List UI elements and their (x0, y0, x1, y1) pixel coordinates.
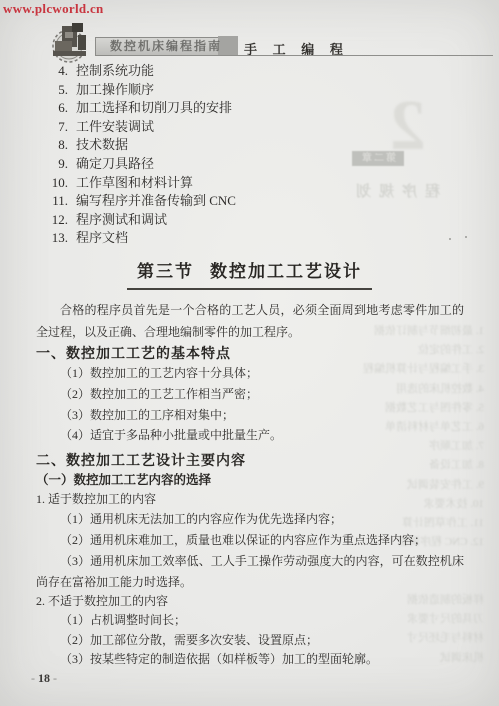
list-item-text: 程序文档 (76, 230, 128, 245)
list-item: 11.编写程序并准备传输到 CNC (46, 192, 236, 211)
list-item-number: 10. (46, 174, 68, 193)
print-speck (449, 238, 451, 240)
bleedthrough-chapter-label: 第二章 (352, 151, 404, 166)
numbered-point: （2）加工部位分散，需要多次安装、设置原点； (36, 631, 464, 650)
list-item: 4.控制系统功能 (46, 62, 236, 81)
numbered-point: （3）通用机床加工效率低、工人手工操作劳动强度大的内容，可在数控机床尚存在富裕加… (36, 551, 464, 593)
series-title-banner: 数控机床编程指南 (95, 37, 237, 56)
list-item: 5.加工操作顺序 (46, 81, 236, 100)
list-item: 7.工件安装调试 (46, 118, 236, 137)
body-text: 合格的程序员首先是一个合格的工艺人员，必须全面周到地考虑零件加工的全过程，以及正… (36, 299, 464, 669)
numbered-point: （2）通用机床难加工，质量也难以保证的内容应作为重点选择内容； (36, 530, 464, 551)
page-number-ornament: - (53, 671, 57, 685)
page-number-value: 18 (38, 671, 50, 685)
list-item-number: 12. (46, 211, 68, 230)
list-item-text: 工作草图和材料计算 (76, 175, 193, 190)
list-item: 12.程序测试和调试 (46, 211, 236, 230)
list-item: 9.确定刀具路径 (46, 155, 236, 174)
numbered-point: （1）通用机床无法加工的内容应作为优先选择内容； (36, 509, 464, 530)
list-item-text: 加工操作顺序 (76, 82, 154, 97)
numbered-point: （1）数控加工的工艺内容十分具体； (36, 363, 464, 384)
series-title: 数控机床编程指南 (96, 38, 236, 55)
intro-paragraph: 合格的程序员首先是一个合格的工艺人员，必须全面周到地考虑零件加工的全过程，以及正… (36, 299, 464, 343)
list-item-number: 5. (46, 81, 68, 100)
list-item-number: 9. (46, 155, 68, 174)
numbered-point: （3）按某些特定的制造依据（如样板等）加工的型面轮廓。 (36, 650, 464, 669)
list-item-number: 11. (46, 192, 68, 211)
watermark-url: www.plcworld.cn (3, 1, 104, 17)
list-item: 6.加工选择和切削刀具的安排 (46, 99, 236, 118)
list-item-number: 4. (46, 62, 68, 81)
section-number: 第三节 (137, 262, 194, 281)
list-item-text: 确定刀具路径 (76, 156, 154, 171)
numbered-point: （1）占机调整时间长； (36, 611, 464, 630)
section-heading: 第三节数控加工工艺设计 (0, 257, 499, 290)
block1-title: 1. 适于数控加工的内容 (36, 490, 464, 509)
header-divider (112, 55, 493, 56)
list-item-text: 程序测试和调试 (76, 212, 167, 227)
list-item-text: 编写程序并准备传输到 CNC (76, 193, 236, 208)
numbered-list: 4.控制系统功能 5.加工操作顺序 6.加工选择和切削刀具的安排 7.工件安装调… (46, 62, 236, 248)
list-item: 8.技术数据 (46, 136, 236, 155)
print-speck (465, 236, 467, 238)
numbered-point: （2）数控加工的工艺工作相当严密； (36, 384, 464, 405)
list-item-number: 6. (46, 99, 68, 118)
numbered-point: （4）适宜于多品种小批量或中批量生产。 (36, 425, 464, 446)
list-item-number: 13. (46, 229, 68, 248)
list-item-text: 加工选择和切削刀具的安排 (76, 100, 232, 115)
list-item-number: 8. (46, 136, 68, 155)
subheading-part2: 二、数控加工工艺设计主要内容 (36, 450, 464, 470)
page-number-ornament: - (31, 671, 35, 685)
numbered-point: （3）数控加工的工序相对集中； (36, 405, 464, 426)
block2-title: 2. 不适于数控加工的内容 (36, 592, 464, 611)
list-item: 10.工作草图和材料计算 (46, 174, 236, 193)
page-number: -18- (28, 671, 60, 686)
subheading-part1: 一、数控加工工艺的基本特点 (36, 343, 464, 363)
subheading-part2-sub1: （一）数控加工工艺内容的选择 (36, 470, 464, 490)
list-item-number: 7. (46, 118, 68, 137)
list-item: 13.程序文档 (46, 229, 236, 248)
list-item-text: 控制系统功能 (76, 63, 154, 78)
list-item-text: 工件安装调试 (76, 119, 154, 134)
scanned-book-page: 2 第二章 程序规划 1. 最初细节与制订依据 2. 工件的定位 3. 手工编程… (0, 0, 499, 706)
section-title: 数控加工工艺设计 (210, 262, 362, 281)
list-item-text: 技术数据 (76, 137, 128, 152)
bleedthrough-chapter-title: 程序规划 (348, 180, 440, 201)
